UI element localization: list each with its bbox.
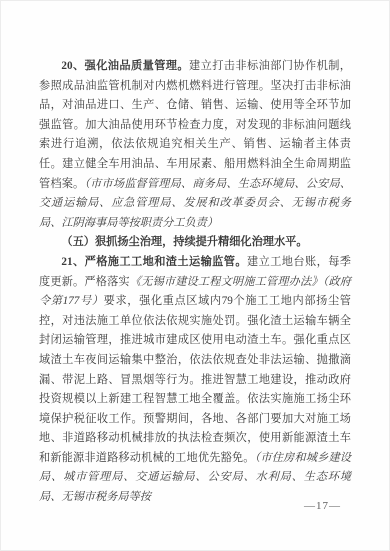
paragraph-21-heading: 21、严格施工工地和渣土运输监管。 (61, 256, 247, 268)
paragraph-20-responsible-departments: （市市场监督管理局、商务局、生态环境局、公安局、交通运输局、应急管理局、发展和改… (39, 178, 351, 229)
paragraph-21: 21、严格施工工地和渣土运输监管。建立工地台账，每季度更新。严格落实《无锡市建设… (39, 253, 351, 508)
paragraph-20-body: 建立打击非标油部门协作机制，参照成品油监管机制对内燃机燃料进行管理。坚决打击非标… (39, 60, 351, 190)
document-page: 20、强化油品质量管理。建立打击非标油部门协作机制，参照成品油监管机制对内燃机燃… (0, 0, 390, 551)
section-heading-5: （五）狠抓扬尘治理，持续提升精细化治理水平。 (39, 233, 351, 253)
page-number: —17— (304, 500, 341, 512)
page-footer: —17— (304, 500, 341, 512)
document-body: 20、强化油品质量管理。建立打击非标油部门协作机制，参照成品油监管机制对内燃机燃… (1, 1, 389, 508)
paragraph-20: 20、强化油品质量管理。建立打击非标油部门协作机制，参照成品油监管机制对内燃机燃… (39, 57, 351, 233)
paragraph-20-heading: 20、强化油品质量管理。 (61, 60, 189, 72)
paragraph-21-body-part2: 要求，强化重点区域内79个施工工地内部扬尘管控，对违法施工单位依法依规实施处罚。… (39, 295, 351, 464)
